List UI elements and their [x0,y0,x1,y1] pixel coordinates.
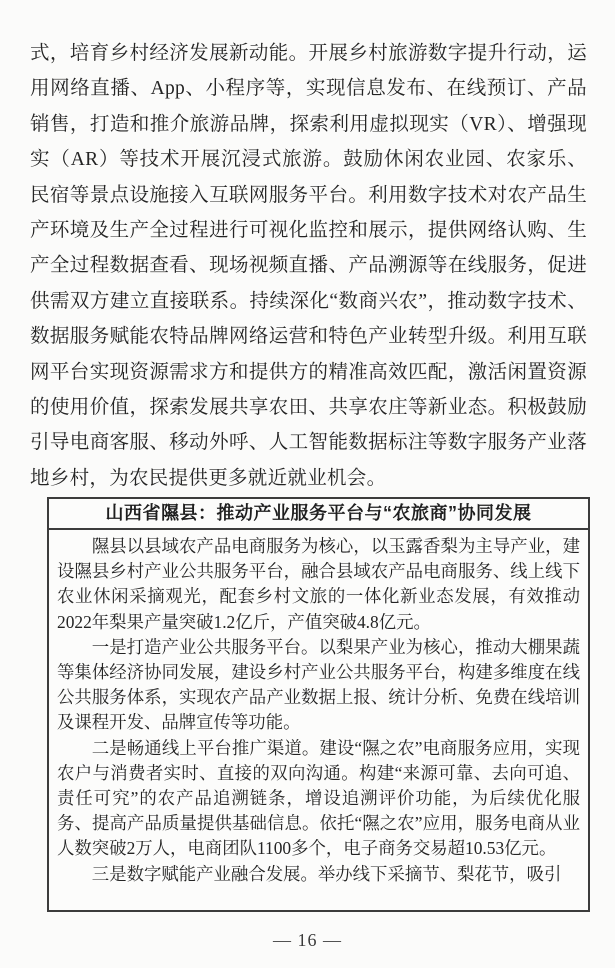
case-paragraph-point-3: 三是数字赋能产业融合发展。举办线下采摘节、梨花节，吸引 [57,862,580,887]
case-paragraph-point-1: 一是打造产业公共服务平台。以梨果产业为核心，推动大棚果蔬等集体经济协同发展，建设… [57,635,580,736]
page-number: — 16 — [0,930,615,951]
case-study-body: 隰县以县域农产品电商服务为核心，以玉露香梨为主导产业，建设隰县乡村产业公共服务平… [49,530,588,887]
case-paragraph-point-2: 二是畅通线上平台推广渠道。建设“隰之农”电商服务应用，实现农户与消费者实时、直接… [57,736,580,862]
document-page: 式，培育乡村经济发展新动能。开展乡村旅游数字提升行动，运用网络直播、App、小程… [0,0,615,968]
case-study-title: 山西省隰县：推动产业服务平台与“农旅商”协同发展 [49,499,588,530]
case-paragraph-overview: 隰县以县域农产品电商服务为核心，以玉露香梨为主导产业，建设隰县乡村产业公共服务平… [57,534,580,635]
case-study-box: 山西省隰县：推动产业服务平台与“农旅商”协同发展 隰县以县域农产品电商服务为核心… [47,497,590,912]
body-paragraph: 式，培育乡村经济发展新动能。开展乡村旅游数字提升行动，运用网络直播、App、小程… [30,36,587,496]
